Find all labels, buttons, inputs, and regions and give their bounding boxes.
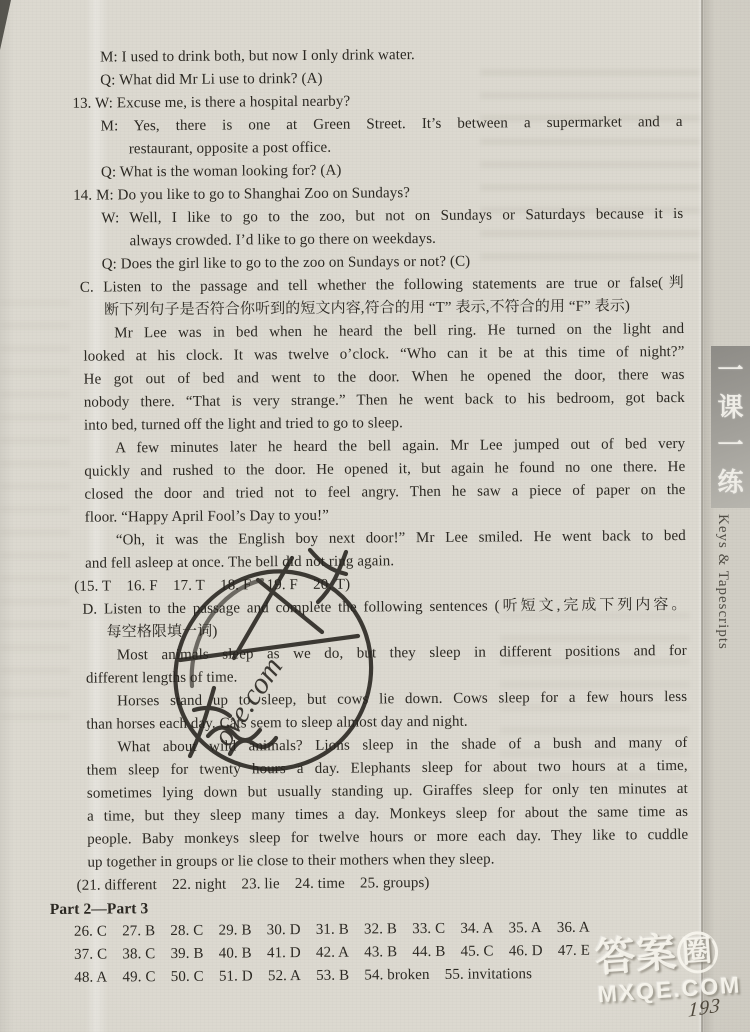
stamp-scribble-stroke	[190, 688, 214, 756]
side-tab-char: 一	[717, 358, 743, 384]
mc-answers-row-3: 48. A 49. C 50. C 51. D 52. A 53. B 54. …	[47, 962, 689, 990]
side-tab: 一 课 一 练	[711, 346, 750, 508]
side-tab-char: 一	[717, 433, 743, 459]
side-tab-char: 练	[717, 470, 743, 496]
page-number: 193	[688, 994, 722, 1023]
stamp-scribble-stroke	[258, 580, 322, 632]
scanned-workbook-page: M: I used to drink both, but now I only …	[0, 0, 750, 1032]
text-column: M: I used to drink both, but now I only …	[40, 42, 689, 990]
page-fold-line	[701, 0, 703, 1032]
side-caption: Keys & Tapescripts	[714, 514, 731, 684]
scan-corner-artifact	[0, 0, 11, 50]
ink-stamp-watermark: ove.com	[150, 540, 410, 785]
side-tab-char: 课	[717, 395, 743, 421]
